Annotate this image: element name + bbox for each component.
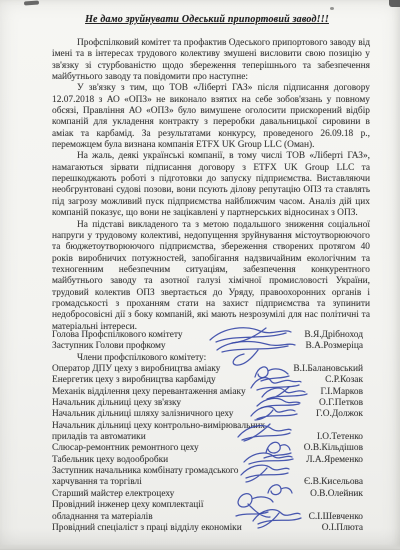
- signer-name: С.І.Шевченко: [309, 512, 363, 523]
- signer-role: Провідний інженер цеху комплектації обла…: [52, 500, 204, 523]
- letter-body: Профспілковий комітет та профактив Одесь…: [52, 38, 370, 333]
- signer-name: Г.І.Марков: [320, 387, 363, 398]
- signer-name: Г.О.Должок: [316, 409, 363, 420]
- signer-role: Начальник дільниці цеху контрольно-вимір…: [52, 421, 265, 444]
- signature-row: Провідний спеціаліст з праці відділу еко…: [52, 523, 363, 534]
- scanned-letter-page: Не дамо зруйнувати Одеський припортовий …: [0, 0, 400, 550]
- scan-artifact-mark: [389, 0, 400, 7]
- signer-name: О.В.Олейник: [310, 489, 363, 500]
- signer-name: В.Я.Дрібноход: [304, 330, 363, 341]
- paragraph-contract: У зв'язку з тим, що ТОВ «Ліберті ГАЗ» пі…: [52, 83, 370, 151]
- signature-row: Начальник дільниці шляху залізничного це…: [52, 409, 363, 420]
- signer-name: Є.В.Кисельова: [304, 477, 363, 488]
- signer-name: В.І.Балановський: [293, 364, 363, 375]
- signer-name: О.Г.Петков: [319, 398, 363, 409]
- signer-role: Оператор ДПУ цеху з виробництва аміаку: [52, 364, 220, 375]
- signer-role: Старший майстер електроцеху: [52, 489, 174, 500]
- paragraph-companies: На жаль, деякі українські компанії, в то…: [52, 151, 370, 219]
- signer-role: Механік відділення цеху перевантаження а…: [52, 387, 246, 398]
- signature-row: Механік відділення цеху перевантаження а…: [52, 387, 363, 398]
- scan-bottom-edge: [0, 544, 400, 550]
- signature-row: Табельник цеху водообробки Л.А.Яременко: [52, 455, 363, 466]
- signer-role: Заступник Голови профкому: [52, 341, 166, 352]
- signature-row: Провідний інженер цеху комплектації обла…: [52, 500, 363, 523]
- signer-name: І.О.Тетенко: [317, 432, 363, 443]
- members-heading: Члени профспілкового комітету:: [52, 353, 363, 364]
- signer-name: О.І.Плюта: [322, 523, 363, 534]
- signature-row: Енергетик цеху з виробництва карбаміду С…: [52, 375, 363, 386]
- signature-row: Оператор ДПУ цеху з виробництва аміаку В…: [52, 364, 363, 375]
- signer-role: Табельник цеху водообробки: [52, 455, 168, 466]
- paragraph-intro: Профспілковий комітет та профактив Одесь…: [52, 38, 370, 83]
- signer-role: Заступник начальника комбінату громадськ…: [52, 466, 238, 489]
- signature-row: Слюсар-ремонтник ремонтного цеху О.В.Кіл…: [52, 443, 363, 454]
- document-title: Не дамо зруйнувати Одеський припортовий …: [0, 14, 400, 25]
- signer-name: С.Р.Козак: [325, 375, 363, 386]
- signer-name: В.А.Розмеріца: [305, 341, 363, 352]
- scan-artifact-mark: [24, 0, 39, 5]
- signature-row: Начальник дільниці цеху контрольно-вимір…: [52, 421, 363, 444]
- signer-role: Начальник дільниці цеху зв'язку: [52, 398, 181, 409]
- signer-role: Слюсар-ремонтник ремонтного цеху: [52, 443, 199, 454]
- signature-row: Заступник Голови профкому В.А.Розмеріца: [52, 341, 363, 352]
- scan-artifact-mark: [330, 7, 334, 10]
- signature-row: Голова Профспілкового комітету В.Я.Дрібн…: [52, 330, 363, 341]
- signature-row: Старший майстер електроцеху О.В.Олейник: [52, 489, 363, 500]
- signer-role: Голова Профспілкового комітету: [52, 330, 183, 341]
- signer-role: Начальник дільниці шляху залізничного це…: [52, 409, 233, 420]
- signature-block: Голова Профспілкового комітету В.Я.Дрібн…: [52, 330, 363, 534]
- signature-row: Начальник дільниці цеху зв'язку О.Г.Петк…: [52, 398, 363, 409]
- signer-name: Л.А.Яременко: [306, 455, 363, 466]
- paragraph-appeal: На підставі викладеного та з метою подал…: [52, 220, 370, 333]
- signer-role: Енергетик цеху з виробництва карбаміду: [52, 375, 216, 386]
- signer-name: О.В.Кільдішов: [304, 443, 363, 454]
- signature-row: Заступник начальника комбінату громадськ…: [52, 466, 363, 489]
- signer-role: Провідний спеціаліст з праці відділу еко…: [52, 523, 242, 534]
